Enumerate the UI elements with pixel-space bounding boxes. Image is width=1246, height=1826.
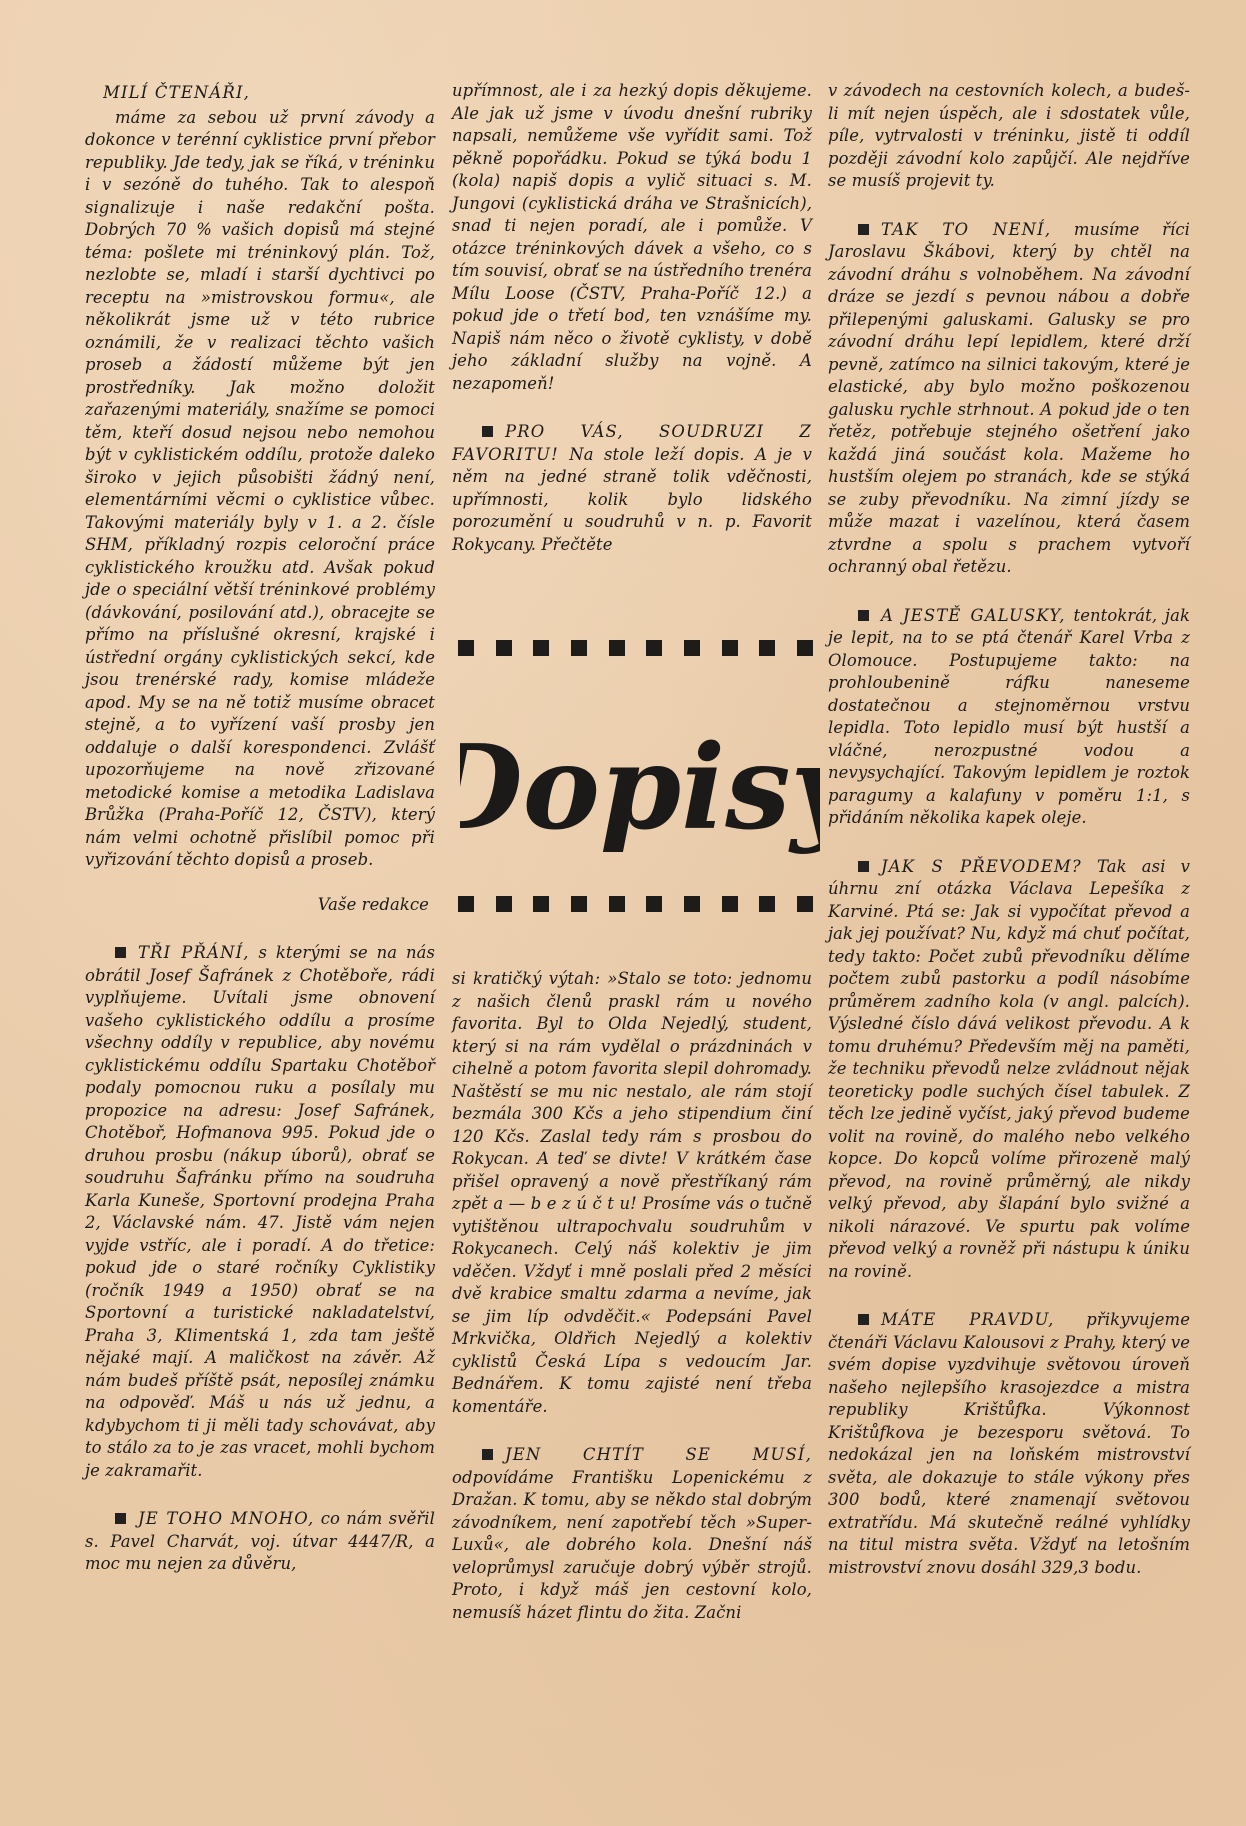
dot bbox=[571, 896, 587, 912]
dot bbox=[458, 896, 474, 912]
letter-body: tentokrát, jak je lepit, na to se ptá čt… bbox=[828, 606, 1190, 828]
letter-jak-s-prevodem: JAK S PŘEVODEM? Tak asi v úhrnu zní otáz… bbox=[828, 856, 1190, 1284]
letter-jen-chtit-se-musi: JEN CHTÍT SE MUSÍ, odpovídáme Františku … bbox=[452, 1444, 812, 1624]
bullet-square-icon bbox=[858, 1314, 869, 1325]
intro-body: máme za sebou už první závody a dokonce … bbox=[85, 107, 435, 872]
letter-je-toho-mnoho: JE TOHO MNOHO, co nám svěřil s. Pavel Ch… bbox=[85, 1508, 435, 1576]
dot bbox=[722, 640, 738, 656]
letter-body: s kterými se na nás obrátil Josef Šafrán… bbox=[85, 943, 435, 1480]
dot bbox=[609, 640, 625, 656]
dot bbox=[797, 896, 813, 912]
letter-je-toho-mnoho-continued: upřímnost, ale i za hezký dopis děkujeme… bbox=[452, 80, 812, 395]
column-1: MILÍ ČTENÁŘI, máme za sebou už první záv… bbox=[85, 82, 435, 1576]
bullet-square-icon bbox=[115, 1513, 126, 1524]
bullet-square-icon bbox=[115, 947, 126, 958]
dot bbox=[496, 640, 512, 656]
letter-pro-vas-continued: si kratičký výtah: »Stalo se toto: jedno… bbox=[452, 968, 812, 1418]
letter-pro-vas-soudruzi: PRO VÁS, SOUDRUZI Z FAVORITU! Na stole l… bbox=[452, 421, 812, 556]
letter-heading: TAK TO NENÍ, bbox=[881, 220, 1051, 239]
column-2-lower: si kratičký výtah: »Stalo se toto: jedno… bbox=[452, 968, 812, 1624]
rubric-title-dopisy: Dopisy bbox=[460, 690, 820, 890]
dot bbox=[609, 896, 625, 912]
letter-heading: JAK S PŘEVODEM? bbox=[881, 857, 1082, 876]
dot bbox=[533, 640, 549, 656]
dot bbox=[759, 640, 775, 656]
bullet-square-icon bbox=[858, 610, 869, 621]
dot bbox=[797, 640, 813, 656]
dot bbox=[759, 896, 775, 912]
letter-a-jeste-galusky: A JESTĚ GALUSKY, tentokrát, jak je lepit… bbox=[828, 605, 1190, 830]
letter-heading: JE TOHO MNOHO, bbox=[138, 1509, 314, 1528]
bullet-square-icon bbox=[858, 224, 869, 235]
dot bbox=[684, 896, 700, 912]
dot bbox=[496, 896, 512, 912]
dot bbox=[646, 640, 662, 656]
letter-heading: A JESTĚ GALUSKY, bbox=[881, 606, 1066, 625]
letter-body: musíme říci Jaroslavu Škábovi, který by … bbox=[828, 220, 1190, 577]
column-3: v závodech na cestovních kolech, a budeš… bbox=[828, 80, 1190, 1579]
dot bbox=[571, 640, 587, 656]
letter-mate-pravdu: MÁTE PRAVDU, přikyvujeme čtenáři Václavu… bbox=[828, 1309, 1190, 1579]
intro-salutation: MILÍ ČTENÁŘI, bbox=[85, 82, 435, 105]
letter-body: odpovídáme Františku Lopenickému z Draža… bbox=[452, 1468, 812, 1622]
letter-tak-to-neni: TAK TO NENÍ, musíme říci Jaroslavu Škábo… bbox=[828, 219, 1190, 579]
svg-text:Dopisy: Dopisy bbox=[460, 720, 820, 856]
column-2: upřímnost, ale i za hezký dopis děkujeme… bbox=[452, 80, 812, 556]
dot bbox=[722, 896, 738, 912]
letter-heading: MÁTE PRAVDU, bbox=[881, 1310, 1055, 1329]
letter-body: přikyvujeme čtenáři Václavu Kalousovi z … bbox=[828, 1310, 1190, 1577]
letter-tri-prani: TŘI PŘÁNÍ, s kterými se na nás obrátil J… bbox=[85, 942, 435, 1482]
bullet-square-icon bbox=[482, 426, 493, 437]
letter-heading: TŘI PŘÁNÍ, bbox=[138, 943, 250, 962]
dot bbox=[646, 896, 662, 912]
dot bbox=[458, 640, 474, 656]
dot bbox=[684, 640, 700, 656]
dot bbox=[533, 896, 549, 912]
letter-body: Tak asi v úhrnu zní otázka Václava Lepeš… bbox=[828, 857, 1190, 1281]
decorative-dots-top bbox=[458, 640, 813, 656]
bullet-square-icon bbox=[482, 1449, 493, 1460]
intro-signature: Vaše redakce bbox=[85, 894, 435, 917]
letter-jen-chtit-continued: v závodech na cestovních kolech, a budeš… bbox=[828, 80, 1190, 193]
decorative-dots-bottom bbox=[458, 896, 813, 912]
letter-heading: JEN CHTÍT SE MUSÍ, bbox=[505, 1445, 812, 1464]
bullet-square-icon bbox=[858, 861, 869, 872]
rubric-masthead: Dopisy bbox=[450, 640, 825, 930]
